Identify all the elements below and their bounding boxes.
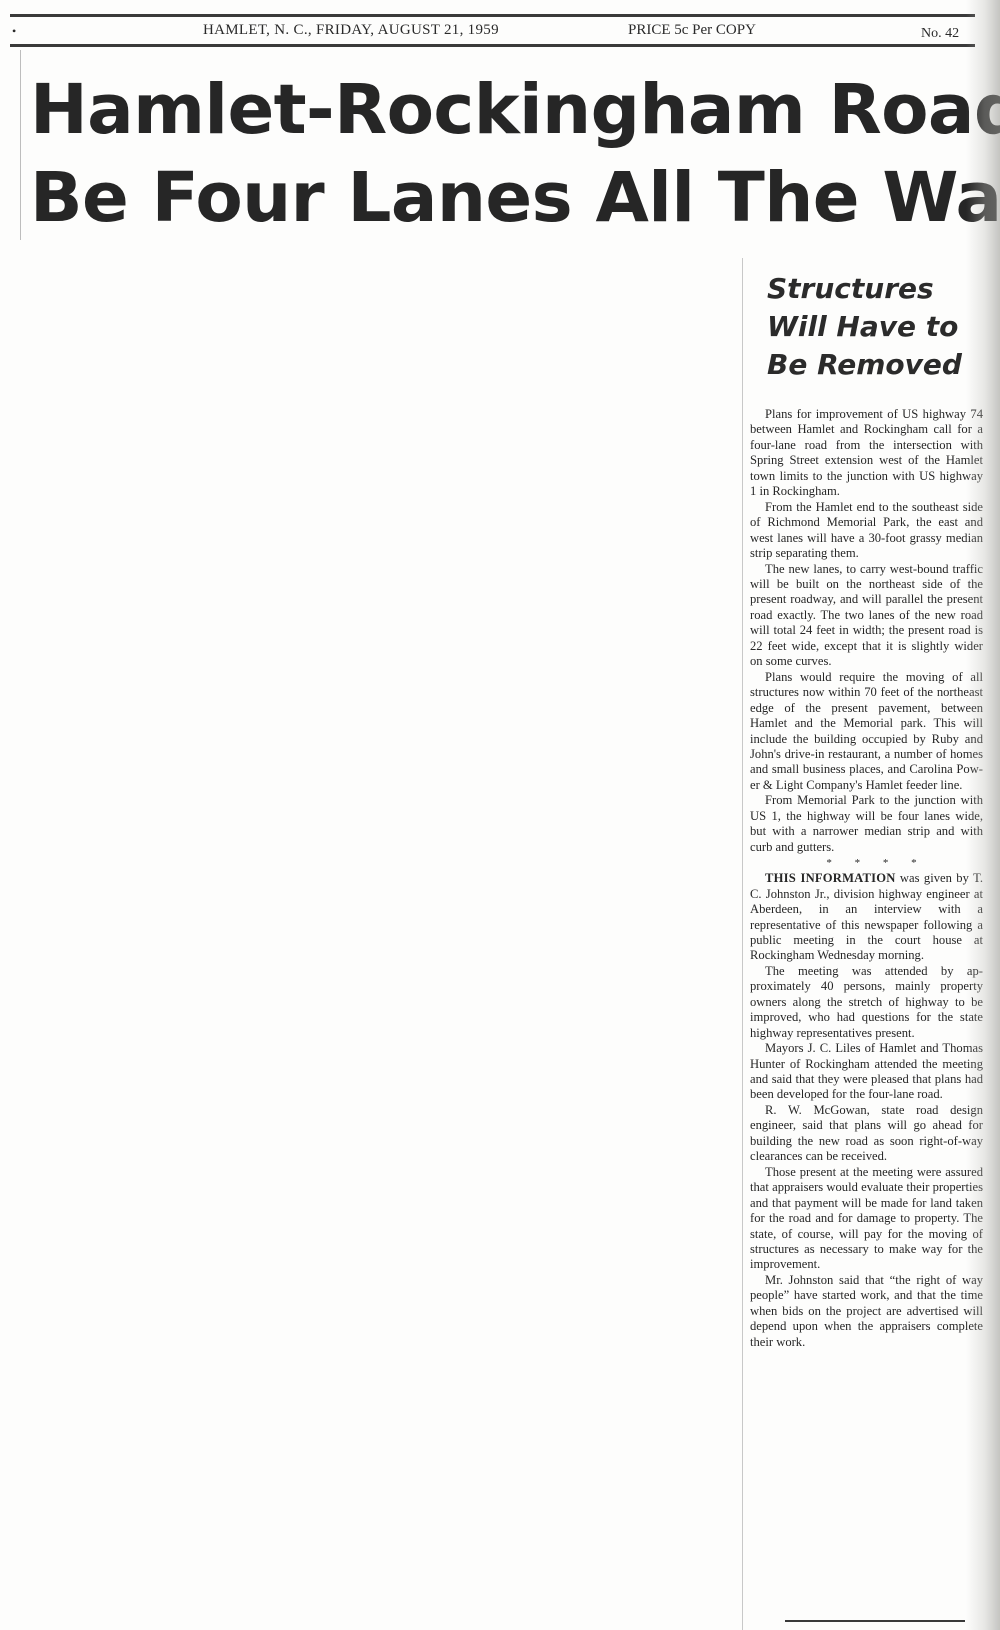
article-paragraph: THIS INFORMATION was given by T. C. John… bbox=[750, 871, 983, 964]
margin-mark: • bbox=[12, 24, 16, 39]
article-paragraph: Mr. Johnston said that “the right of way… bbox=[750, 1273, 983, 1350]
subheadline-line-2: Will Have to bbox=[767, 308, 977, 346]
article-paragraph: Those present at the meeting were assure… bbox=[750, 1165, 983, 1273]
article-paragraph: R. W. McGowan, state road de­sign engine… bbox=[750, 1103, 983, 1165]
folio-rule-top bbox=[10, 14, 975, 17]
article-paragraph: The meeting was attended by ap­proximate… bbox=[750, 964, 983, 1041]
column-rule bbox=[742, 258, 743, 1630]
folio-line: • HAMLET, N. C., FRIDAY, AUGUST 21, 1959… bbox=[0, 20, 980, 44]
headline: Hamlet-Rockingham Road to Be Four Lanes … bbox=[30, 66, 990, 242]
subheadline-line-3: Be Removed bbox=[767, 346, 977, 384]
article-paragraph: Plans would require the moving of all st… bbox=[750, 670, 983, 794]
article-end-rule bbox=[785, 1620, 965, 1622]
folio-rule-bottom bbox=[10, 44, 975, 47]
subheadline-line-1: Structures bbox=[767, 270, 977, 308]
scan-edge-shadow bbox=[966, 0, 1000, 1630]
headline-line-2: Be Four Lanes All The Way bbox=[30, 154, 990, 242]
price: PRICE 5c Per COPY bbox=[628, 22, 756, 39]
article-body: Plans for improvement of US highway 74 b… bbox=[750, 407, 983, 1350]
article-paragraph: From Memorial Park to the jun­ction with… bbox=[750, 793, 983, 855]
dateline: HAMLET, N. C., FRIDAY, AUGUST 21, 1959 bbox=[203, 22, 499, 39]
subheadline: Structures Will Have to Be Removed bbox=[767, 270, 977, 384]
headline-frame-rule bbox=[20, 50, 21, 240]
section-lead-in: THIS INFORMATION bbox=[765, 871, 896, 885]
headline-line-1: Hamlet-Rockingham Road to bbox=[30, 66, 990, 154]
issue-number: No. 42 bbox=[921, 26, 959, 42]
article-paragraph: From the Hamlet end to the southeast sid… bbox=[750, 500, 983, 562]
article-paragraph: Plans for improvement of US highway 74 b… bbox=[750, 407, 983, 500]
section-separator: * * * * bbox=[750, 855, 983, 871]
newspaper-page: • HAMLET, N. C., FRIDAY, AUGUST 21, 1959… bbox=[0, 0, 1000, 1630]
article-paragraph: Mayors J. C. Liles of Hamlet and Thomas … bbox=[750, 1041, 983, 1103]
article-paragraph: The new lanes, to carry west-bound traff… bbox=[750, 562, 983, 670]
